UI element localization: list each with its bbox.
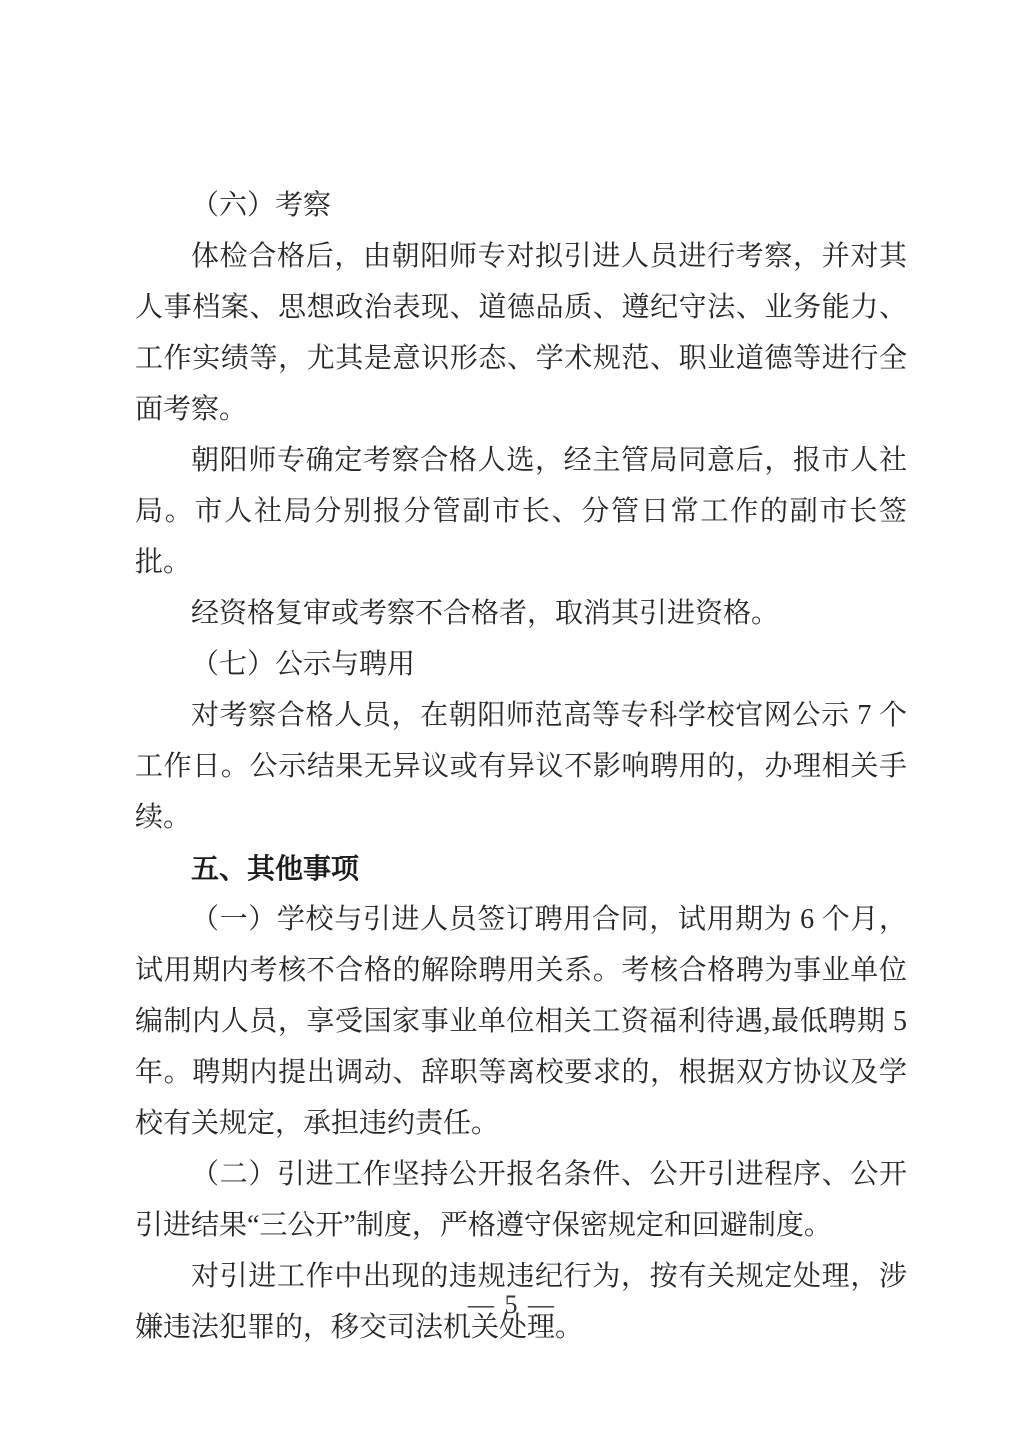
document-body: （六）考察 体检合格后，由朝阳师专对拟引进人员进行考察，并对其人事档案、思想政治… <box>135 180 907 1353</box>
paragraph-inspection-scope: 体检合格后，由朝阳师专对拟引进人员进行考察，并对其人事档案、思想政治表现、道德品… <box>135 231 907 435</box>
document-page: （六）考察 体检合格后，由朝阳师专对拟引进人员进行考察，并对其人事档案、思想政治… <box>0 0 1024 1448</box>
paragraph-three-open-policy: （二）引进工作坚持公开报名条件、公开引进程序、公开引进结果“三公开”制度，严格遵… <box>135 1149 907 1251</box>
paragraph-approval-process: 朝阳师专确定考察合格人选，经主管局同意后，报市人社局。市人社局分别报分管副市长、… <box>135 435 907 588</box>
section-heading-qi-gongshi: （七）公示与聘用 <box>135 639 907 690</box>
page-number: — 5 — <box>0 1288 1024 1322</box>
section-heading-wu-qita: 五、其他事项 <box>135 843 907 894</box>
paragraph-contract-terms: （一）学校与引进人员签订聘用合同，试用期为 6 个月，试用期内考核不合格的解除聘… <box>135 894 907 1149</box>
paragraph-public-notice: 对考察合格人员，在朝阳师范高等专科学校官网公示 7 个工作日。公示结果无异议或有… <box>135 690 907 843</box>
section-heading-liu-kaocha: （六）考察 <box>135 180 907 231</box>
paragraph-disqualification: 经资格复审或考察不合格者，取消其引进资格。 <box>135 588 907 639</box>
